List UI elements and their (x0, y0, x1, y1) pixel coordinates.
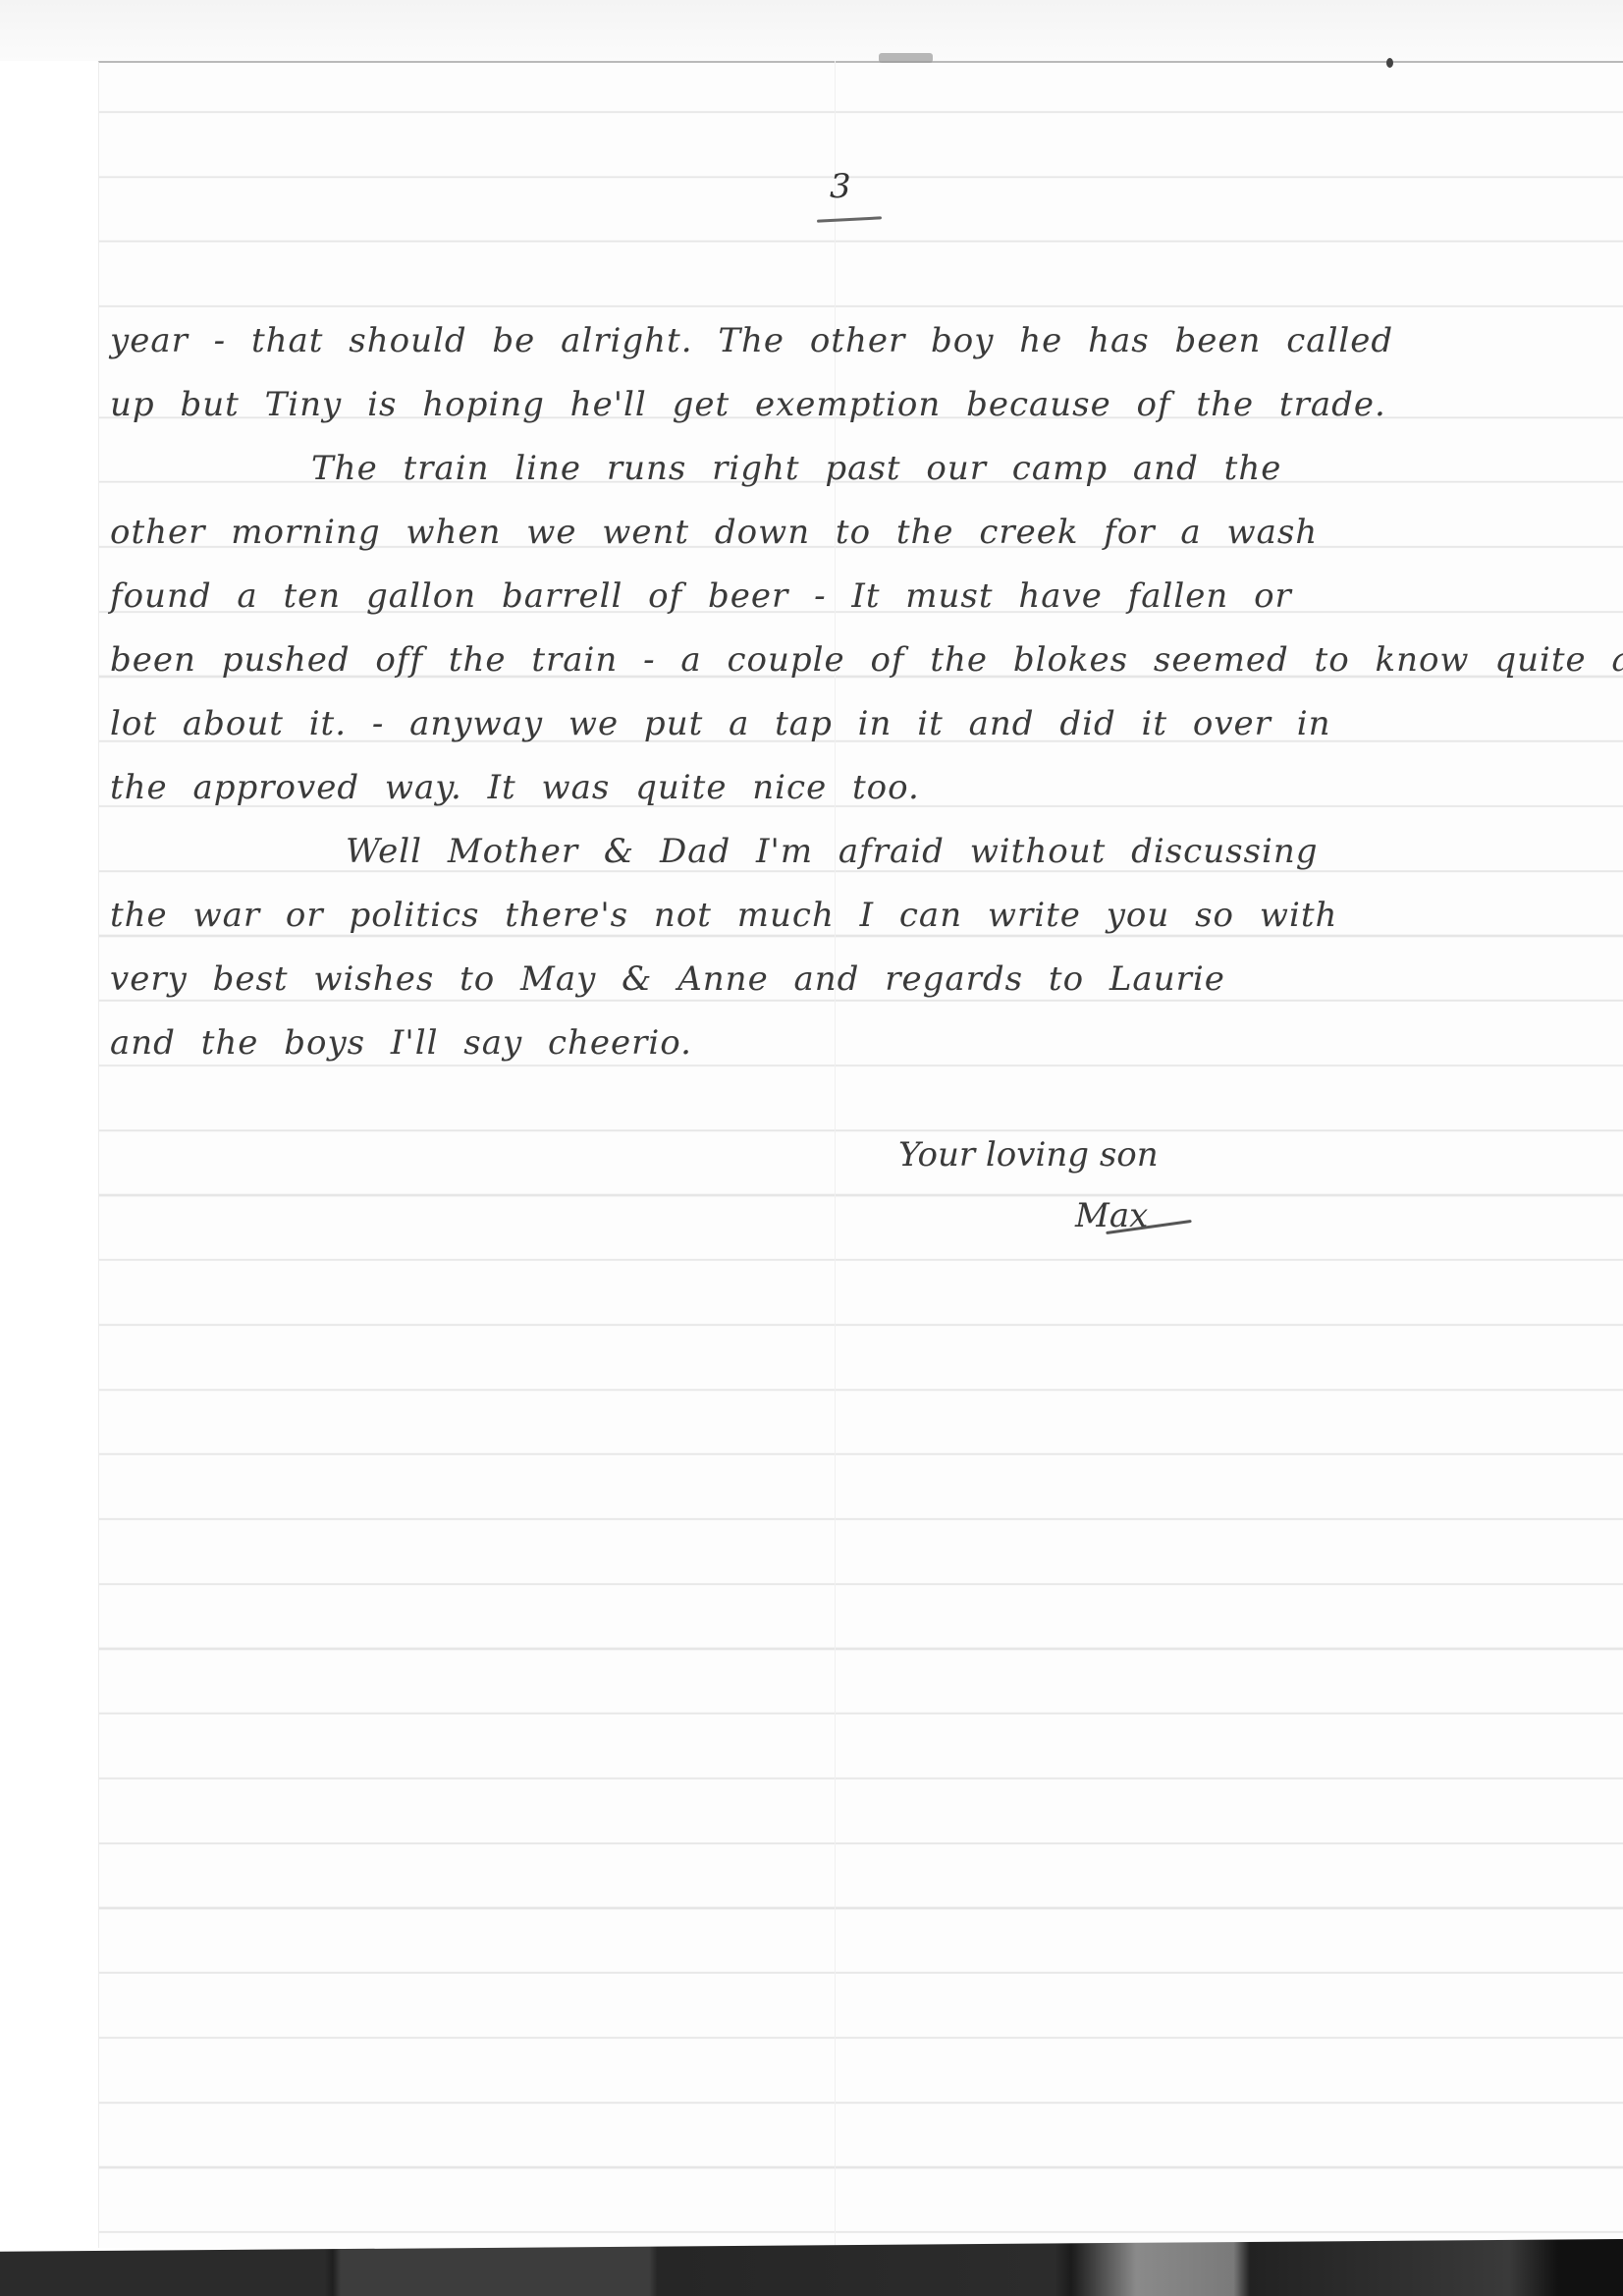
scan-background-top (0, 0, 1623, 61)
letter-body: year - that should be alright. The other… (110, 309, 1563, 1075)
letter-line: the approved way. It was quite nice too. (110, 756, 1563, 820)
letter-line: other morning when we went down to the c… (110, 501, 1563, 565)
paper-edge-smudge (879, 53, 933, 63)
letter-line: Well Mother & Dad I'm afraid without dis… (110, 820, 1563, 884)
letter-line: year - that should be alright. The other… (110, 309, 1563, 373)
page-number: 3 (830, 167, 851, 206)
signature: Max (898, 1185, 1159, 1246)
paper-edge-ink-dot (1386, 58, 1393, 68)
letter-line: the war or politics there's not much I c… (110, 884, 1563, 948)
letter-line: and the boys I'll say cheerio. (110, 1011, 1563, 1075)
letter-line: been pushed off the train - a couple of … (110, 629, 1563, 692)
letter-line: up but Tiny is hoping he'll get exemptio… (110, 373, 1563, 437)
letter-line: The train line runs right past our camp … (110, 437, 1563, 501)
letter-line: lot about it. - anyway we put a tap in i… (110, 692, 1563, 756)
letter-line: very best wishes to May & Anne and regar… (110, 948, 1563, 1011)
closing-phrase: Your loving son (898, 1124, 1159, 1185)
letter-closing: Your loving son Max (898, 1124, 1159, 1246)
letter-line: found a ten gallon barrell of beer - It … (110, 565, 1563, 629)
